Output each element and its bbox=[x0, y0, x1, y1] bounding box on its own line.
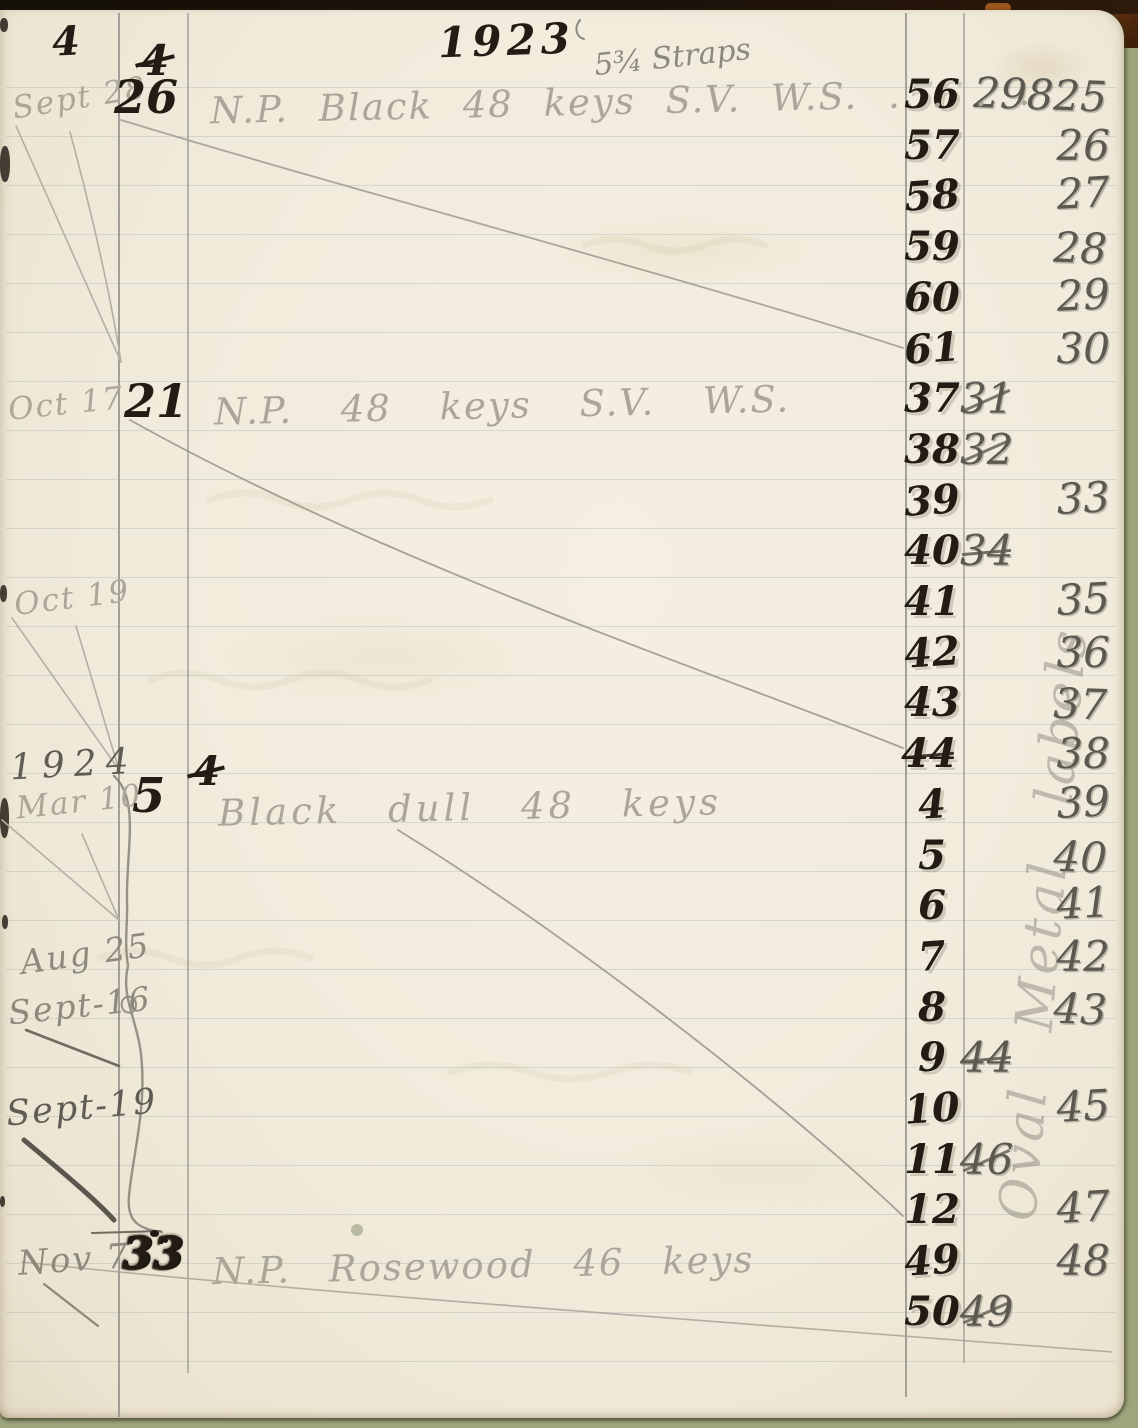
serial-order-row: 61 30 bbox=[0, 323, 1124, 375]
serial-order-row: 6 41 bbox=[0, 880, 1124, 932]
serial-order-row: 40 34 bbox=[0, 525, 1124, 577]
serial-number: 5 bbox=[901, 830, 963, 882]
entry-quantity: 26 bbox=[114, 74, 178, 120]
order-number: 41 bbox=[959, 876, 1112, 936]
serial-number: 41 bbox=[901, 576, 963, 628]
order-number: 33 bbox=[959, 471, 1112, 531]
serial-number: 60 bbox=[901, 272, 963, 324]
serial-number: 4 bbox=[899, 777, 964, 833]
entry-quantity: 5 bbox=[132, 772, 165, 820]
serial-number: 10 bbox=[899, 1081, 964, 1137]
entry-date: Nov 7 bbox=[17, 1236, 131, 1284]
order-number: 31 bbox=[960, 374, 1013, 423]
order-number: 42 bbox=[960, 931, 1110, 983]
serial-number: 8 bbox=[901, 982, 963, 1034]
serial-number: 61 bbox=[899, 320, 964, 376]
serial-order-row: 7 42 bbox=[0, 931, 1124, 983]
order-number: 28 bbox=[956, 218, 1108, 275]
order-number: 48 bbox=[960, 1235, 1110, 1287]
serial-order-row: 42 36 bbox=[0, 627, 1124, 679]
serial-number: 49 bbox=[899, 1233, 964, 1289]
serial-order-row: 38 32 bbox=[0, 424, 1124, 476]
serial-order-row: 9 44 bbox=[0, 1032, 1124, 1084]
serial-number: 12 bbox=[901, 1184, 963, 1236]
order-number: 26 bbox=[960, 120, 1110, 172]
serial-number: 11 bbox=[901, 1134, 963, 1186]
order-number: 38 bbox=[960, 728, 1110, 780]
serial-number: 44 bbox=[901, 730, 957, 777]
serial-number: 57 bbox=[901, 120, 963, 172]
order-number: 45 bbox=[959, 1079, 1112, 1139]
serial-number: 58 bbox=[899, 168, 964, 224]
serial-number: 7 bbox=[899, 929, 964, 985]
order-number: 49 bbox=[960, 1287, 1013, 1336]
serial-number: 40 bbox=[901, 525, 963, 577]
serial-order-row: 5 40 bbox=[0, 830, 1124, 882]
serial-number: 39 bbox=[899, 472, 964, 528]
serial-order-row: 41 35 bbox=[0, 576, 1124, 628]
serial-number: 42 bbox=[899, 625, 964, 681]
order-number: 46 bbox=[960, 1135, 1013, 1184]
serial-order-row: 60 29 bbox=[0, 272, 1124, 324]
serial-order-row: 8 43 bbox=[0, 982, 1124, 1034]
order-number: 35 bbox=[959, 572, 1112, 632]
serial-order-row: 43 37 bbox=[0, 677, 1124, 729]
serial-order-columns: 56 29825 57 26 58 27 59 28 60 29 61 30 3… bbox=[0, 0, 1138, 1428]
serial-order-row: 57 26 bbox=[0, 120, 1124, 172]
serial-order-row: 11 46 bbox=[0, 1134, 1124, 1186]
order-number: 44 bbox=[960, 1033, 1013, 1082]
entry-quantity: 21 bbox=[124, 378, 188, 424]
order-number: 32 bbox=[960, 425, 1013, 474]
order-number: 47 bbox=[959, 1181, 1112, 1241]
serial-number: 9 bbox=[901, 1032, 963, 1084]
cancelled-quantity: 4 bbox=[192, 748, 220, 795]
order-number: 40 bbox=[956, 827, 1108, 884]
serial-number: 6 bbox=[901, 880, 963, 932]
serial-order-row: 39 33 bbox=[0, 475, 1124, 527]
serial-order-row: 59 28 bbox=[0, 221, 1124, 273]
serial-number: 37 bbox=[901, 373, 963, 425]
order-number: 34 bbox=[960, 526, 1013, 575]
ink-splatter bbox=[163, 1238, 168, 1243]
order-number: 27 bbox=[959, 167, 1112, 227]
serial-order-row: 50 49 bbox=[0, 1286, 1124, 1338]
order-number: 43 bbox=[956, 979, 1108, 1036]
serial-number: 59 bbox=[901, 221, 963, 273]
ink-splatter bbox=[150, 1230, 159, 1237]
serial-order-row: 58 27 bbox=[0, 170, 1124, 222]
order-number: 30 bbox=[960, 323, 1110, 375]
entry-quantity: 33 bbox=[122, 1232, 183, 1276]
order-number: 37 bbox=[956, 675, 1108, 732]
order-number: 36 bbox=[960, 627, 1110, 679]
order-number: 39 bbox=[959, 775, 1112, 835]
order-number: 29 bbox=[959, 268, 1112, 328]
serial-order-row: 44 38 bbox=[0, 728, 1124, 780]
page-number: 4 bbox=[51, 17, 81, 65]
serial-order-row: 10 45 bbox=[0, 1083, 1124, 1135]
serial-number: 50 bbox=[901, 1286, 963, 1338]
year-heading: 1923 bbox=[437, 14, 576, 68]
ledger-scan: Oval Metal labels 4 1923 5¾ Straps Sept … bbox=[0, 0, 1138, 1428]
serial-number: 43 bbox=[901, 677, 963, 729]
serial-number: 38 bbox=[901, 424, 963, 476]
